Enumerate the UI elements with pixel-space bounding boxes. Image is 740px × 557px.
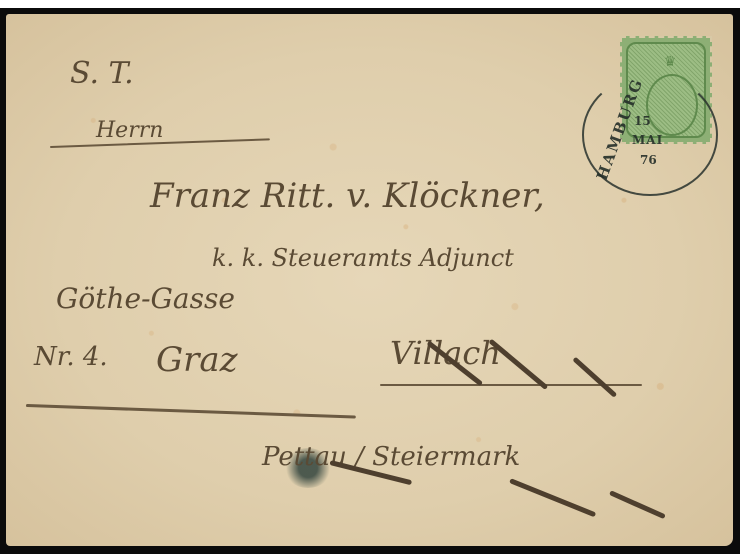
city-graz: Graz xyxy=(156,340,238,380)
salutation-herrn: Herrn xyxy=(96,118,163,143)
postmark-month: MAI xyxy=(632,133,663,147)
house-number: Nr. 4. xyxy=(34,342,108,372)
recipient-name: Franz Ritt. v. Klöckner, xyxy=(150,176,545,216)
forward-destination: Pettau / Steiermark xyxy=(262,442,520,472)
recipient-title: k. k. Steueramts Adjunct xyxy=(212,244,514,272)
salutation-st: S. T. xyxy=(70,56,134,91)
postmark-day: 15 xyxy=(634,114,651,128)
street-name: Göthe-Gasse xyxy=(56,282,235,315)
postmark-year: 76 xyxy=(640,153,657,167)
crown-icon: ♛ xyxy=(658,54,682,70)
